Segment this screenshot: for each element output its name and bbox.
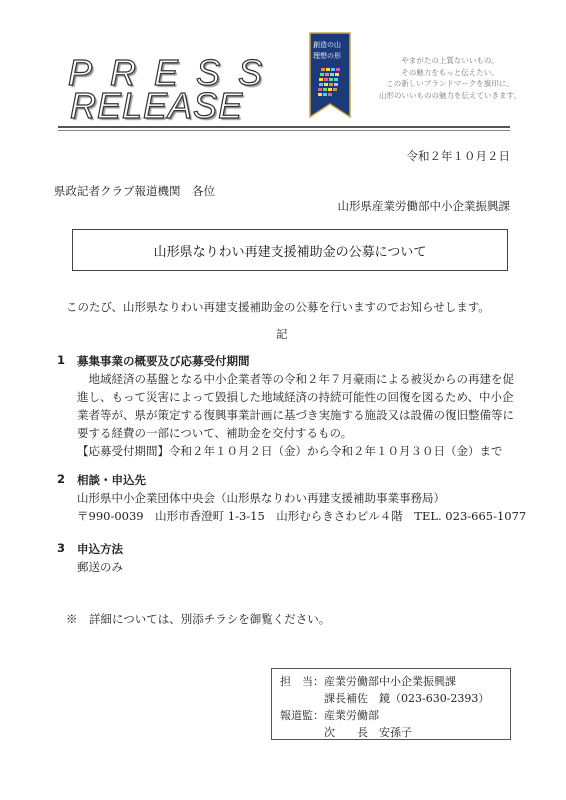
svg-text:理想の形: 理想の形 [313, 51, 341, 60]
header-rule [58, 126, 510, 128]
ki-marker: 記 [276, 326, 288, 342]
tagline-line: やまがたの上質ないいもの。 [370, 55, 530, 67]
section-3-line: 郵送のみ [77, 559, 123, 575]
section-1-line: 業者等が、県が策定する復興事業計画に基づき実施する施設又は設備の復旧整備等に [77, 407, 514, 423]
section-3-number: 3 [57, 541, 65, 555]
brand-tagline: やまがたの上質ないいもの。 その魅力をもっと伝えたい。 この新しいブランドマーク… [370, 55, 530, 101]
svg-text:創造の山: 創造の山 [313, 40, 341, 49]
tagline-line: 山形のいいものの魅力を伝えていきます。 [370, 90, 530, 102]
contact-value: 産業労働部中小企業振興課 [324, 673, 456, 689]
tagline-line: この新しいブランドマークを旗印に、 [370, 78, 530, 90]
section-2-heading: 相談・申込先 [77, 472, 146, 488]
section-2-line: 山形県中小企業団体中央会（山形県なりわい再建支援補助事業事務局） [77, 490, 445, 506]
contact-value: 次 長 安孫子 [324, 724, 412, 740]
tagline-line: その魅力をもっと伝えたい。 [370, 67, 530, 79]
issue-date: 令和２年１０月２日 [407, 148, 511, 164]
contact-label: 担 当： [280, 673, 324, 689]
section-1-heading: 募集事業の概要及び応募受付期間 [77, 353, 250, 369]
section-1-line: 進し、もって災害によって毀損した地域経済の持続可能性の回復を図るため、中小企 [77, 389, 514, 405]
contact-value: 産業労働部 [324, 707, 379, 723]
recipient: 県政記者クラブ報道機関 各位 [54, 183, 215, 199]
section-1-line: 要する経費の一部について、補助金を交付するもの。 [77, 425, 352, 441]
intro-text: このたび、山形県なりわい再建支援補助金の公募を行いますのでお知らせします。 [66, 299, 490, 315]
section-1-number: 1 [57, 353, 65, 367]
document-title: 山形県なりわい再建支援補助金の公募について [154, 241, 427, 260]
section-2-number: 2 [57, 472, 65, 486]
application-period: 【応募受付期間】令和２年１０月２日（金）から令和２年１０月３０日（金）まで [77, 443, 503, 459]
section-3-heading: 申込方法 [77, 541, 123, 557]
document-title-box: 山形県なりわい再建支援補助金の公募について [72, 229, 508, 271]
release-heading: RELEASE [70, 88, 243, 124]
header-rule-thin [58, 130, 510, 131]
yamagata-brand-mark-icon: 創造の山 理想の形 [309, 32, 351, 118]
sender-department: 山形県産業労働部中小企業振興課 [338, 198, 511, 214]
section-2-address: 〒990-0039 山形市香澄町 1-3-15 山形むらきさわビル４階 TEL.… [77, 508, 526, 524]
section-1-line: 地域経済の基盤となる中小企業者等の令和２年７月豪雨による被災からの再建を促 [77, 371, 514, 387]
contact-label: 報道監： [280, 707, 324, 723]
contact-value: 課長補佐 鏡（023-630-2393） [324, 690, 489, 706]
note-text: ※ 詳細については、別添チラシを御覧ください。 [66, 611, 330, 627]
contact-box: 担 当： 産業労働部中小企業振興課 課長補佐 鏡（023-630-2393） 報… [271, 668, 511, 740]
